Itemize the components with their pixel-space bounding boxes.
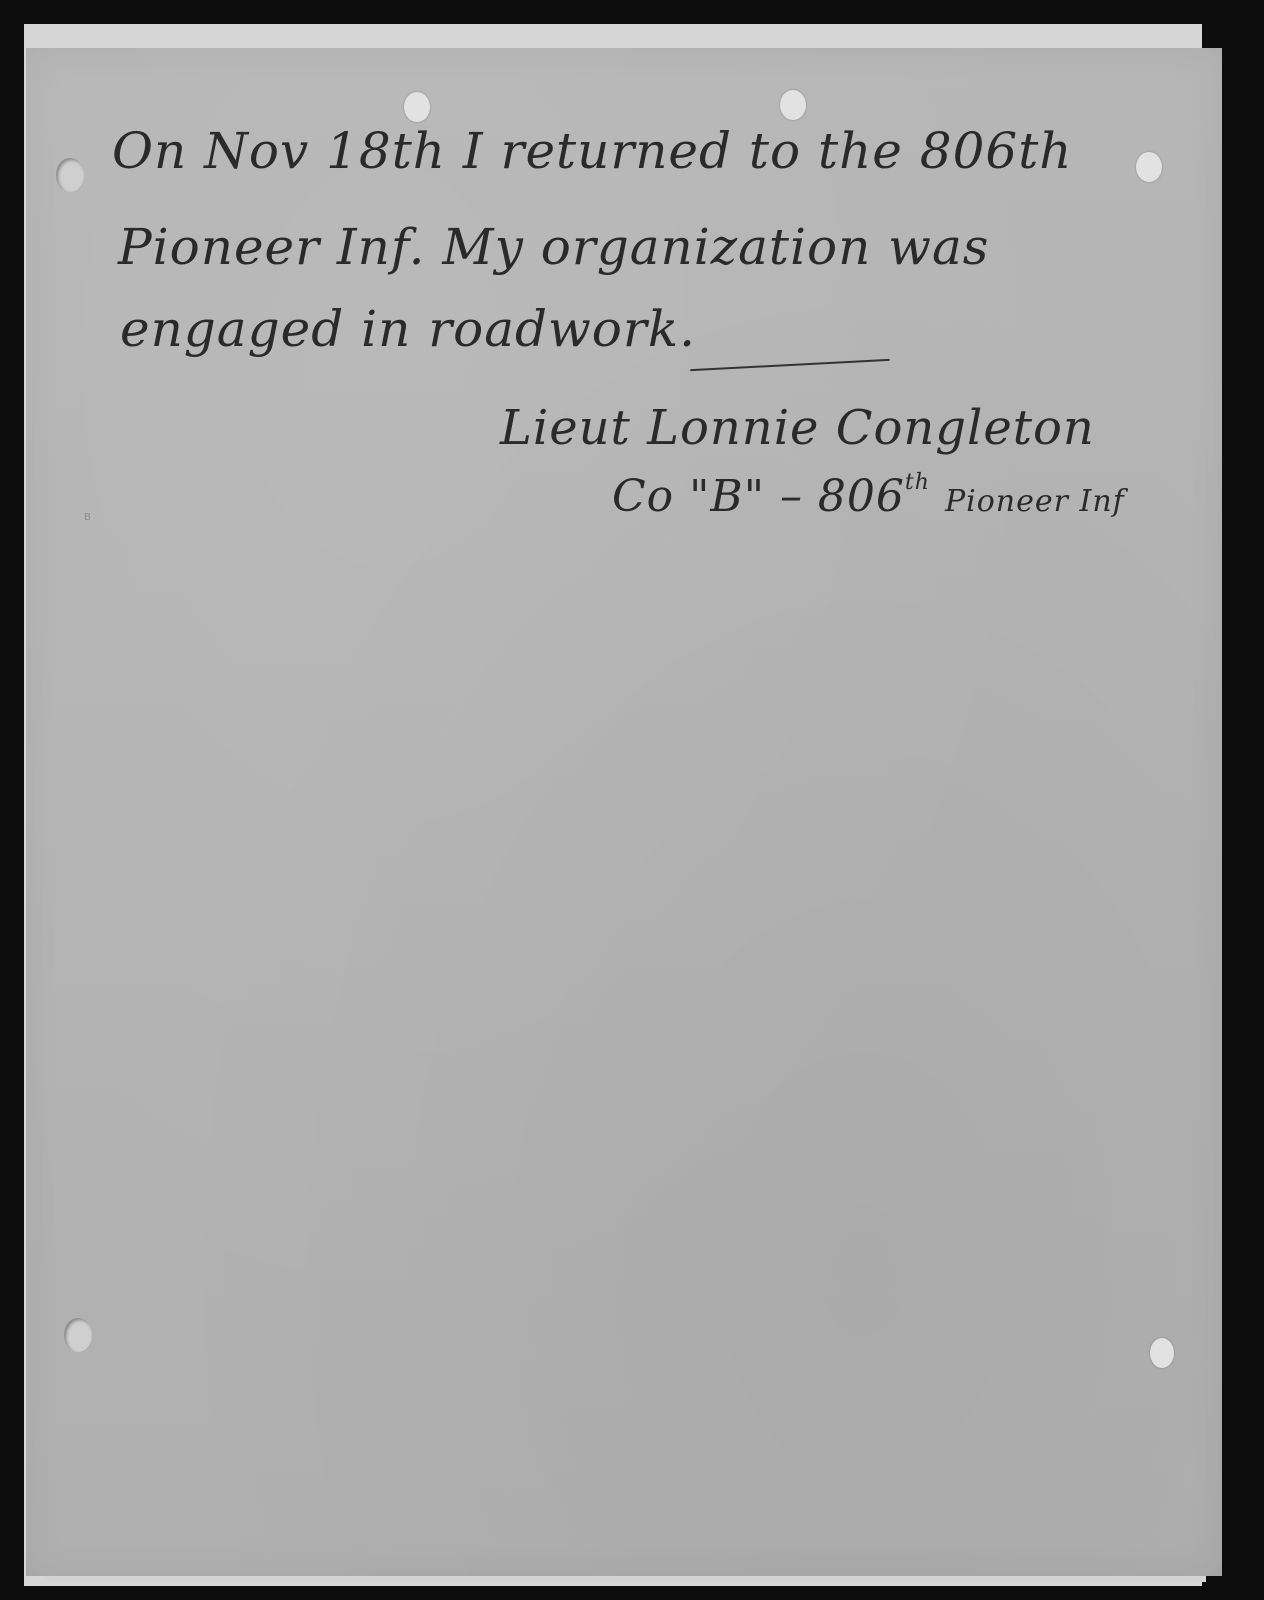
letter-line-1: On Nov 18th I returned to the 806th: [112, 122, 1073, 180]
unit-suffix: Pioneer Inf: [945, 484, 1125, 519]
punch-hole-top-right: [780, 90, 806, 120]
punch-hole-right-top: [1136, 152, 1162, 182]
unit-prefix: Co "B" – 806: [612, 471, 905, 522]
punch-hole-left-bottom: [64, 1318, 92, 1352]
letter-line-3: engaged in roadwork.: [120, 300, 696, 358]
letter-line-2: Pioneer Inf. My organization was: [118, 218, 989, 276]
unit-ordinal: th: [905, 470, 930, 495]
punch-hole-left-top: [56, 158, 84, 192]
margin-mark: B: [84, 512, 91, 523]
signature-name: Lieut Lonnie Congleton: [500, 400, 1095, 456]
signature-unit: Co "B" – 806th Pioneer Inf: [612, 470, 1125, 522]
punch-hole-right-bottom: [1150, 1338, 1174, 1368]
punch-hole-top-left: [404, 92, 430, 122]
document-page: [26, 48, 1222, 1576]
